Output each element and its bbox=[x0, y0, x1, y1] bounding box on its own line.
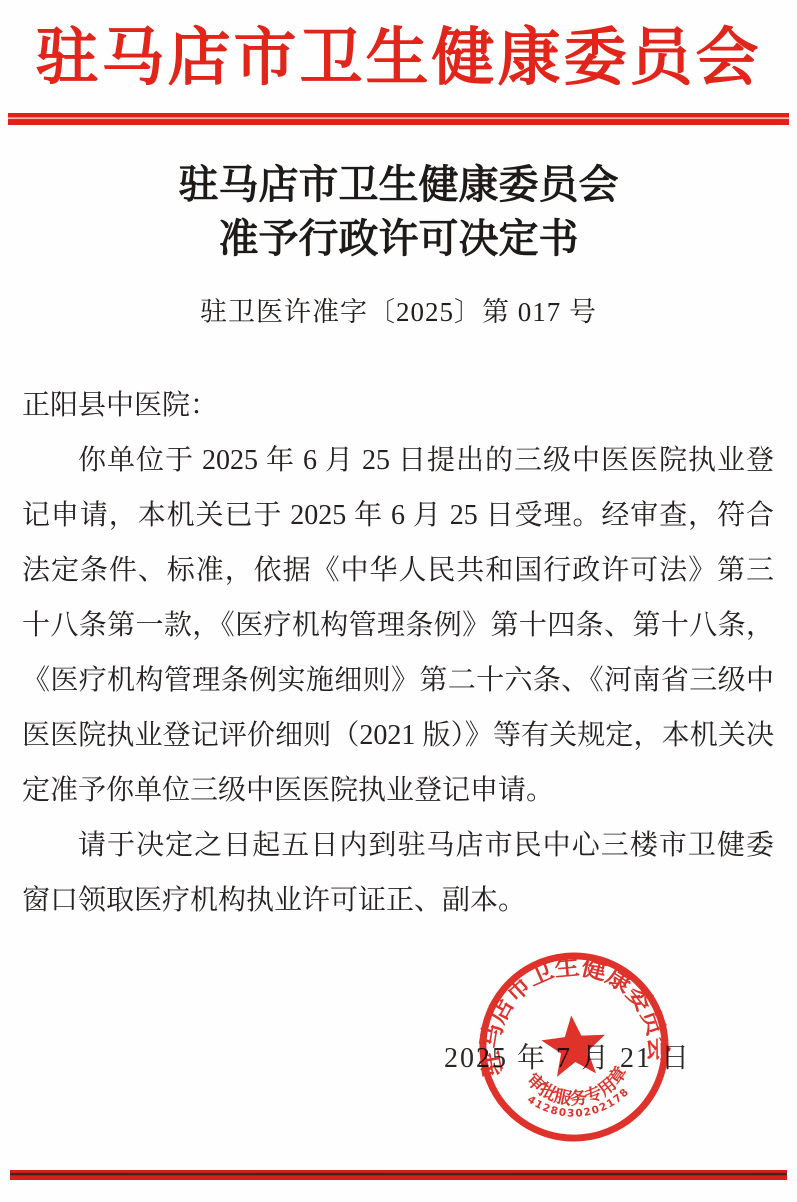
red-separator-line-top bbox=[8, 113, 789, 125]
letterhead-org-name: 驻马店市卫生健康委员会 bbox=[0, 8, 797, 108]
document-page: 驻马店市卫生健康委员会 驻马店市卫生健康委员会 准予行政许可决定书 驻卫医许准字… bbox=[0, 0, 797, 1202]
document-reference-number: 驻卫医许准字〔2025〕第 017 号 bbox=[0, 290, 797, 329]
document-title: 驻马店市卫生健康委员会 准予行政许可决定书 bbox=[0, 158, 797, 266]
document-title-line1: 驻马店市卫生健康委员会 bbox=[0, 158, 797, 212]
document-title-line2: 准予行政许可决定书 bbox=[0, 212, 797, 266]
document-body: 正阳县中医院： 你单位于 2025 年 6 月 25 日提出的三级中医医院执业登… bbox=[22, 378, 774, 928]
body-paragraph-2: 请于决定之日起五日内到驻马店市民中心三楼市卫健委窗口领取医疗机构执业许可证正、副… bbox=[22, 818, 774, 928]
red-separator-line-bottom bbox=[10, 1170, 787, 1180]
official-seal-stamp: 驻马店市卫生健康委员会 审批服务专用章 4128030202178 bbox=[467, 940, 682, 1155]
seal-star-icon bbox=[539, 1013, 608, 1078]
body-paragraph-1: 你单位于 2025 年 6 月 25 日提出的三级中医医院执业登记申请，本机关已… bbox=[22, 433, 774, 818]
recipient-line: 正阳县中医院： bbox=[22, 378, 774, 433]
